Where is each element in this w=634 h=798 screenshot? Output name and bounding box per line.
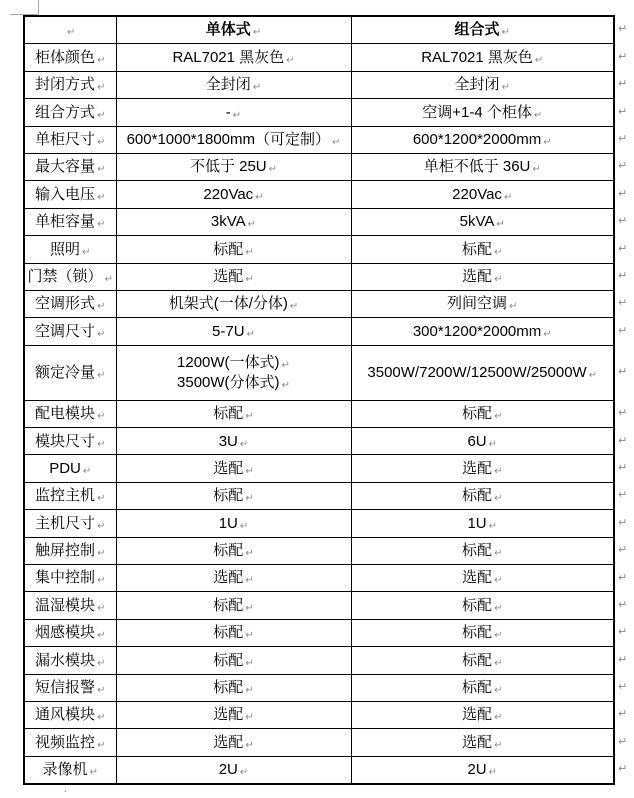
end-of-cell-mark: ↵ xyxy=(97,603,105,614)
header-row: ↵ 单体式↵ 组合式↵ xyxy=(24,16,614,44)
row-label-cell: 温湿模块↵ xyxy=(24,592,116,619)
table-row: PDU↵选配↵选配↵ xyxy=(24,455,614,482)
end-of-cell-mark: ↵ xyxy=(494,740,502,751)
row-label-cell: 单柜尺寸↵ xyxy=(24,126,116,153)
cell-text: RAL7021 黑灰色 xyxy=(421,49,533,66)
cell-text: 3500W/7200W/12500W/25000W xyxy=(367,364,586,381)
end-of-row-mark: ↵ xyxy=(618,599,627,611)
cell-text: 标配 xyxy=(462,241,492,258)
end-of-row-mark: ↵ xyxy=(618,462,627,474)
cell-text: 烟感模块 xyxy=(35,624,95,641)
combo-value-cell: RAL7021 黑灰色↵ xyxy=(351,44,614,71)
end-of-cell-mark: ↵ xyxy=(97,630,105,641)
table-row: 温湿模块↵标配↵标配↵ xyxy=(24,592,614,619)
cell-text: 标配 xyxy=(462,624,492,641)
end-of-cell-mark: ↵ xyxy=(97,192,105,203)
end-of-cell-mark: ↵ xyxy=(248,219,256,230)
end-of-cell-mark: ↵ xyxy=(502,82,510,93)
table-row: 照明↵标配↵标配↵ xyxy=(24,236,614,263)
cell-text: 标配 xyxy=(462,487,492,504)
end-of-cell-mark: ↵ xyxy=(97,658,105,669)
end-of-cell-mark: ↵ xyxy=(97,439,105,450)
cell-text: 单柜尺寸 xyxy=(35,131,95,148)
spec-comparison-table: ↵ 单体式↵ 组合式↵ 柜体颜色↵RAL7021 黑灰色↵RAL7021 黑灰色… xyxy=(23,15,615,785)
row-label-cell: 照明↵ xyxy=(24,236,116,263)
mono-value-cell: 3kVA↵ xyxy=(116,208,351,235)
end-of-cell-mark: ↵ xyxy=(543,329,551,340)
end-of-cell-mark: ↵ xyxy=(494,466,502,477)
end-of-row-mark: ↵ xyxy=(618,215,627,227)
end-of-cell-mark: ↵ xyxy=(543,137,551,148)
end-of-cell-mark: ↵ xyxy=(494,685,502,696)
end-of-cell-mark: ↵ xyxy=(532,164,540,175)
end-of-cell-mark: ↵ xyxy=(240,439,248,450)
end-of-cell-mark: ↵ xyxy=(494,411,502,422)
end-of-row-mark: ↵ xyxy=(618,489,627,501)
row-label-cell: 触屏控制↵ xyxy=(24,537,116,564)
document-page: ↵ 单体式↵ 组合式↵ 柜体颜色↵RAL7021 黑灰色↵RAL7021 黑灰色… xyxy=(0,0,634,798)
cell-text: 全封闭 xyxy=(455,76,500,93)
end-of-row-mark: ↵ xyxy=(618,51,627,63)
mono-value-cell: RAL7021 黑灰色↵ xyxy=(116,44,351,71)
end-of-cell-mark: ↵ xyxy=(282,380,290,391)
end-of-cell-mark: ↵ xyxy=(489,521,497,532)
end-of-row-mark: ↵ xyxy=(618,366,627,378)
end-of-cell-mark: ↵ xyxy=(83,466,91,477)
combo-value-cell: 标配↵ xyxy=(351,674,614,701)
cell-text: 集中控制 xyxy=(35,569,95,586)
header-cell-combo: 组合式↵ xyxy=(351,16,614,44)
end-of-cell-mark: ↵ xyxy=(494,575,502,586)
end-of-cell-mark: ↵ xyxy=(240,767,248,778)
end-of-row-mark: ↵ xyxy=(618,407,627,419)
combo-value-cell: 空调+1-4 个柜体↵ xyxy=(351,99,614,126)
mono-value-cell: 标配↵ xyxy=(116,674,351,701)
end-of-cell-mark: ↵ xyxy=(245,658,253,669)
end-of-row-mark: ↵ xyxy=(618,654,627,666)
row-label-cell: 录像机↵ xyxy=(24,756,116,784)
end-of-cell-mark: ↵ xyxy=(494,247,502,258)
mono-value-cell: 标配↵ xyxy=(116,647,351,674)
table-row: 配电模块↵标配↵标配↵ xyxy=(24,400,614,427)
combo-value-cell: 全封闭↵ xyxy=(351,71,614,98)
mono-value-cell: 标配↵ xyxy=(116,537,351,564)
table-row: 门禁（锁）↵选配↵选配↵ xyxy=(24,263,614,290)
end-of-cell-mark: ↵ xyxy=(97,740,105,751)
cell-text: RAL7021 黑灰色 xyxy=(172,49,284,66)
end-of-cell-mark: ↵ xyxy=(286,55,294,66)
mono-value-cell: 600*1000*1800mm（可定制）↵ xyxy=(116,126,351,153)
end-of-row-mark: ↵ xyxy=(618,544,627,556)
end-of-cell-mark: ↵ xyxy=(504,192,512,203)
page-margin-crop-mark-vertical xyxy=(38,0,39,15)
table-row: 视频监控↵选配↵选配↵ xyxy=(24,729,614,756)
table-row: 单柜尺寸↵600*1000*1800mm（可定制）↵600*1200*2000m… xyxy=(24,126,614,153)
end-of-cell-mark: ↵ xyxy=(97,548,105,559)
end-of-cell-mark: ↵ xyxy=(97,55,105,66)
table-row: 最大容量↵不低于 25U↵单柜不低于 36U↵ xyxy=(24,153,614,180)
table-row: 空调形式↵机架式(一体/分体)↵列间空调↵ xyxy=(24,290,614,317)
combo-value-cell: 6U↵ xyxy=(351,428,614,455)
cell-text: 配电模块 xyxy=(35,405,95,422)
cell-text: 全封闭 xyxy=(206,76,251,93)
cell-text: 标配 xyxy=(213,652,243,669)
end-of-cell-mark: ↵ xyxy=(245,712,253,723)
combo-value-cell: 选配↵ xyxy=(351,701,614,728)
end-of-row-mark: ↵ xyxy=(618,133,627,145)
row-label-cell: 短信报警↵ xyxy=(24,674,116,701)
mono-value-cell: 选配↵ xyxy=(116,263,351,290)
mono-value-cell: 全封闭↵ xyxy=(116,71,351,98)
cell-text: 标配 xyxy=(213,405,243,422)
combo-value-cell: 列间空调↵ xyxy=(351,290,614,317)
cell-text: 封闭方式 xyxy=(35,76,95,93)
end-of-cell-mark: ↵ xyxy=(97,110,105,121)
table-row: 主机尺寸↵1U↵1U↵ xyxy=(24,510,614,537)
end-of-cell-mark: ↵ xyxy=(494,712,502,723)
mono-value-cell: 选配↵ xyxy=(116,701,351,728)
cell-text: 选配 xyxy=(213,460,243,477)
cell-text: 模块尺寸 xyxy=(35,433,95,450)
cell-text: 2U xyxy=(467,761,486,778)
end-of-cell-mark: ↵ xyxy=(245,740,253,751)
end-of-row-mark: ↵ xyxy=(618,160,627,172)
table-row: 触屏控制↵标配↵标配↵ xyxy=(24,537,614,564)
end-of-row-mark: ↵ xyxy=(618,23,627,35)
end-of-cell-mark: ↵ xyxy=(245,466,253,477)
end-of-cell-mark: ↵ xyxy=(535,55,543,66)
row-label-cell: PDU↵ xyxy=(24,455,116,482)
combo-value-cell: 标配↵ xyxy=(351,482,614,509)
table-row: 空调尺寸↵5-7U↵300*1200*2000mm↵ xyxy=(24,318,614,345)
cell-text: 组合方式 xyxy=(35,104,95,121)
cell-text: 柜体颜色 xyxy=(35,49,95,66)
cell-text: 选配 xyxy=(213,569,243,586)
cell-text: 标配 xyxy=(213,542,243,559)
table-row: 额定冷量↵1200W(一体式)↵3500W(分体式)↵3500W/7200W/1… xyxy=(24,345,614,400)
mono-value-cell: 3U↵ xyxy=(116,428,351,455)
cell-text: 短信报警 xyxy=(35,679,95,696)
cell-text: 300*1200*2000mm xyxy=(413,323,541,340)
row-label-cell: 空调形式↵ xyxy=(24,290,116,317)
cell-text: 额定冷量 xyxy=(35,364,95,381)
end-of-row-mark: ↵ xyxy=(618,297,627,309)
mono-value-cell: 1200W(一体式)↵3500W(分体式)↵ xyxy=(116,345,351,400)
cell-text: 温湿模块 xyxy=(35,597,95,614)
header-label: 组合式 xyxy=(455,21,500,38)
row-label-cell: 漏水模块↵ xyxy=(24,647,116,674)
mono-value-cell: 选配↵ xyxy=(116,565,351,592)
table-row: 输入电压↵220Vac↵220Vac↵ xyxy=(24,181,614,208)
end-of-cell-mark: ↵ xyxy=(245,685,253,696)
row-label-cell: 通风模块↵ xyxy=(24,701,116,728)
cell-text: 1U xyxy=(467,515,486,532)
end-of-row-mark: ↵ xyxy=(618,106,627,118)
end-of-cell-mark: ↵ xyxy=(509,301,517,312)
end-of-cell-mark: ↵ xyxy=(494,548,502,559)
cell-text: 标配 xyxy=(462,652,492,669)
combo-value-cell: 标配↵ xyxy=(351,619,614,646)
mono-value-cell: 标配↵ xyxy=(116,236,351,263)
table-row: 通风模块↵选配↵选配↵ xyxy=(24,701,614,728)
end-of-cell-mark: ↵ xyxy=(255,192,263,203)
mono-value-cell: 选配↵ xyxy=(116,729,351,756)
cell-text: 600*1000*1800mm（可定制） xyxy=(127,131,330,148)
end-of-cell-mark: ↵ xyxy=(97,521,105,532)
cell-text: 选配 xyxy=(462,460,492,477)
end-of-row-mark: ↵ xyxy=(618,763,627,775)
end-of-cell-mark: ↵ xyxy=(97,575,105,586)
cell-text: 选配 xyxy=(213,268,243,285)
end-of-cell-mark: ↵ xyxy=(245,548,253,559)
row-label-cell: 门禁（锁）↵ xyxy=(24,263,116,290)
cell-text: 触屏控制 xyxy=(35,542,95,559)
end-of-cell-mark: ↵ xyxy=(494,274,502,285)
end-of-cell-mark: ↵ xyxy=(489,439,497,450)
end-of-cell-mark: ↵ xyxy=(97,329,105,340)
end-of-cell-mark: ↵ xyxy=(233,110,241,121)
cell-text: 220Vac xyxy=(203,186,253,203)
cell-text: 空调形式 xyxy=(35,295,95,312)
cell-text: 漏水模块 xyxy=(35,652,95,669)
end-of-row-mark: ↵ xyxy=(618,78,627,90)
header-cell-mono: 单体式↵ xyxy=(116,16,351,44)
mono-value-cell: 5-7U↵ xyxy=(116,318,351,345)
end-of-cell-mark: ↵ xyxy=(97,493,105,504)
end-of-cell-mark: ↵ xyxy=(97,301,105,312)
mono-value-cell: 1U↵ xyxy=(116,510,351,537)
mono-value-cell: 2U↵ xyxy=(116,756,351,784)
end-of-cell-mark: ↵ xyxy=(97,685,105,696)
table-row: 漏水模块↵标配↵标配↵ xyxy=(24,647,614,674)
cell-text: 标配 xyxy=(213,624,243,641)
cell-text: 选配 xyxy=(462,268,492,285)
row-label-cell: 集中控制↵ xyxy=(24,565,116,592)
end-of-cell-mark: ↵ xyxy=(97,82,105,93)
row-label-cell: 监控主机↵ xyxy=(24,482,116,509)
end-of-cell-mark: ↵ xyxy=(494,630,502,641)
header-label: 单体式 xyxy=(206,21,251,38)
table-row: 组合方式↵-↵空调+1-4 个柜体↵ xyxy=(24,99,614,126)
cell-text: 选配 xyxy=(462,706,492,723)
cell-text: 3U xyxy=(219,433,238,450)
combo-value-cell: 1U↵ xyxy=(351,510,614,537)
combo-value-cell: 标配↵ xyxy=(351,647,614,674)
end-of-cell-mark: ↵ xyxy=(534,110,542,121)
end-of-row-mark: ↵ xyxy=(618,736,627,748)
table-row: 单柜容量↵3kVA↵5kVA↵ xyxy=(24,208,614,235)
end-of-cell-mark: ↵ xyxy=(245,411,253,422)
end-of-cell-mark: ↵ xyxy=(97,411,105,422)
mono-value-cell: 机架式(一体/分体)↵ xyxy=(116,290,351,317)
end-of-cell-mark: ↵ xyxy=(269,164,277,175)
end-of-cell-mark: ↵ xyxy=(332,137,340,148)
row-label-cell: 最大容量↵ xyxy=(24,153,116,180)
mono-value-cell: 标配↵ xyxy=(116,400,351,427)
combo-value-cell: 3500W/7200W/12500W/25000W↵ xyxy=(351,345,614,400)
cell-text: 2U xyxy=(219,761,238,778)
end-of-row-mark: ↵ xyxy=(618,325,627,337)
cell-text: 空调+1-4 个柜体 xyxy=(422,104,532,121)
combo-value-cell: 5kVA↵ xyxy=(351,208,614,235)
row-label-cell: 配电模块↵ xyxy=(24,400,116,427)
end-of-cell-mark: ↵ xyxy=(489,767,497,778)
row-label-cell: 单柜容量↵ xyxy=(24,208,116,235)
row-label-cell: 封闭方式↵ xyxy=(24,71,116,98)
end-of-cell-mark: ↵ xyxy=(97,712,105,723)
cell-text: 照明 xyxy=(50,241,80,258)
cell-text: 门禁（锁） xyxy=(28,268,103,285)
end-of-cell-mark: ↵ xyxy=(494,493,502,504)
row-label-cell: 柜体颜色↵ xyxy=(24,44,116,71)
end-of-cell-mark: ↵ xyxy=(97,137,105,148)
cell-text: 标配 xyxy=(213,487,243,504)
end-of-cell-mark: ↵ xyxy=(494,603,502,614)
combo-value-cell: 标配↵ xyxy=(351,537,614,564)
combo-value-cell: 220Vac↵ xyxy=(351,181,614,208)
mono-value-cell: -↵ xyxy=(116,99,351,126)
table-row: 封闭方式↵全封闭↵全封闭↵ xyxy=(24,71,614,98)
cell-text: - xyxy=(226,104,231,121)
cell-text: 6U xyxy=(467,433,486,450)
end-of-cell-mark: ↵ xyxy=(502,27,510,38)
cell-text: 标配 xyxy=(462,597,492,614)
row-label-cell: 空调尺寸↵ xyxy=(24,318,116,345)
table-row: 烟感模块↵标配↵标配↵ xyxy=(24,619,614,646)
table-row: 录像机↵2U↵2U↵ xyxy=(24,756,614,784)
cell-text: 600*1200*2000mm xyxy=(413,131,541,148)
cell-text: 主机尺寸 xyxy=(35,515,95,532)
cell-text: 通风模块 xyxy=(35,706,95,723)
spec-table-body: ↵ 单体式↵ 组合式↵ 柜体颜色↵RAL7021 黑灰色↵RAL7021 黑灰色… xyxy=(24,16,614,784)
end-of-cell-mark: ↵ xyxy=(97,164,105,175)
end-of-row-mark: ↵ xyxy=(618,517,627,529)
cell-text: 1U xyxy=(219,515,238,532)
mono-value-cell: 不低于 25U↵ xyxy=(116,153,351,180)
end-of-row-mark: ↵ xyxy=(618,708,627,720)
end-of-row-mark: ↵ xyxy=(618,681,627,693)
combo-value-cell: 单柜不低于 36U↵ xyxy=(351,153,614,180)
cell-text: 列间空调 xyxy=(447,295,507,312)
mono-value-cell: 标配↵ xyxy=(116,619,351,646)
cell-text: 标配 xyxy=(462,679,492,696)
cell-text: 标配 xyxy=(213,679,243,696)
stray-paragraph-dot: . xyxy=(64,784,67,795)
cell-text: 录像机 xyxy=(43,761,88,778)
cell-text: 3500W(分体式) xyxy=(177,374,280,391)
end-of-cell-mark: ↵ xyxy=(245,603,253,614)
cell-text: 5kVA xyxy=(460,213,495,230)
end-of-cell-mark: ↵ xyxy=(90,767,98,778)
cell-text: 1200W(一体式) xyxy=(177,354,280,371)
end-of-cell-mark: ↵ xyxy=(253,27,261,38)
mono-value-cell: 标配↵ xyxy=(116,482,351,509)
cell-text: 5-7U xyxy=(212,323,245,340)
mono-value-cell: 220Vac↵ xyxy=(116,181,351,208)
cell-text: 输入电压 xyxy=(35,186,95,203)
mono-value-cell: 选配↵ xyxy=(116,455,351,482)
row-label-cell: 输入电压↵ xyxy=(24,181,116,208)
row-label-cell: 烟感模块↵ xyxy=(24,619,116,646)
table-row: 短信报警↵标配↵标配↵ xyxy=(24,674,614,701)
end-of-cell-mark: ↵ xyxy=(245,630,253,641)
table-row: 监控主机↵标配↵标配↵ xyxy=(24,482,614,509)
end-of-row-mark: ↵ xyxy=(618,435,627,447)
cell-text: 标配 xyxy=(213,241,243,258)
end-of-cell-mark: ↵ xyxy=(67,27,75,38)
end-of-cell-mark: ↵ xyxy=(245,247,253,258)
cell-text: 选配 xyxy=(213,706,243,723)
cell-text: 监控主机 xyxy=(35,487,95,504)
end-of-cell-mark: ↵ xyxy=(105,274,113,285)
cell-text: 单柜不低于 36U xyxy=(424,158,531,175)
row-label-cell: 组合方式↵ xyxy=(24,99,116,126)
cell-text: 最大容量 xyxy=(35,158,95,175)
end-of-cell-mark: ↵ xyxy=(97,370,105,381)
cell-text: 220Vac xyxy=(452,186,502,203)
table-row: 柜体颜色↵RAL7021 黑灰色↵RAL7021 黑灰色↵ xyxy=(24,44,614,71)
combo-value-cell: 300*1200*2000mm↵ xyxy=(351,318,614,345)
cell-text: 选配 xyxy=(462,734,492,751)
cell-text: 3kVA xyxy=(211,213,246,230)
end-of-cell-mark: ↵ xyxy=(97,219,105,230)
end-of-row-mark: ↵ xyxy=(618,188,627,200)
row-label-cell: 主机尺寸↵ xyxy=(24,510,116,537)
cell-text: 标配 xyxy=(462,405,492,422)
header-cell-blank: ↵ xyxy=(24,16,116,44)
end-of-cell-mark: ↵ xyxy=(240,521,248,532)
end-of-cell-mark: ↵ xyxy=(247,329,255,340)
end-of-cell-mark: ↵ xyxy=(282,360,290,371)
end-of-cell-mark: ↵ xyxy=(245,493,253,504)
cell-text: 标配 xyxy=(213,597,243,614)
end-of-cell-mark: ↵ xyxy=(496,219,504,230)
combo-value-cell: 2U↵ xyxy=(351,756,614,784)
end-of-cell-mark: ↵ xyxy=(82,247,90,258)
cell-text: 标配 xyxy=(462,542,492,559)
end-of-cell-mark: ↵ xyxy=(245,575,253,586)
combo-value-cell: 标配↵ xyxy=(351,236,614,263)
cell-text: 不低于 25U xyxy=(190,158,267,175)
combo-value-cell: 标配↵ xyxy=(351,592,614,619)
table-row: 模块尺寸↵3U↵6U↵ xyxy=(24,428,614,455)
end-of-row-mark: ↵ xyxy=(618,243,627,255)
cell-text: 选配 xyxy=(462,569,492,586)
combo-value-cell: 选配↵ xyxy=(351,263,614,290)
combo-value-cell: 600*1200*2000mm↵ xyxy=(351,126,614,153)
end-of-cell-mark: ↵ xyxy=(494,658,502,669)
combo-value-cell: 选配↵ xyxy=(351,729,614,756)
row-label-cell: 视频监控↵ xyxy=(24,729,116,756)
cell-text: PDU xyxy=(49,460,81,477)
end-of-row-mark: ↵ xyxy=(618,572,627,584)
end-of-cell-mark: ↵ xyxy=(290,301,298,312)
cell-text: 单柜容量 xyxy=(35,213,95,230)
combo-value-cell: 标配↵ xyxy=(351,400,614,427)
end-of-cell-mark: ↵ xyxy=(253,82,261,93)
end-of-cell-mark: ↵ xyxy=(245,274,253,285)
row-label-cell: 模块尺寸↵ xyxy=(24,428,116,455)
cell-text: 选配 xyxy=(213,734,243,751)
cell-text: 视频监控 xyxy=(35,734,95,751)
end-of-row-mark: ↵ xyxy=(618,270,627,282)
table-row: 集中控制↵选配↵选配↵ xyxy=(24,565,614,592)
combo-value-cell: 选配↵ xyxy=(351,565,614,592)
end-of-row-mark: ↵ xyxy=(618,626,627,638)
mono-value-cell: 标配↵ xyxy=(116,592,351,619)
combo-value-cell: 选配↵ xyxy=(351,455,614,482)
cell-text: 机架式(一体/分体) xyxy=(169,295,288,312)
